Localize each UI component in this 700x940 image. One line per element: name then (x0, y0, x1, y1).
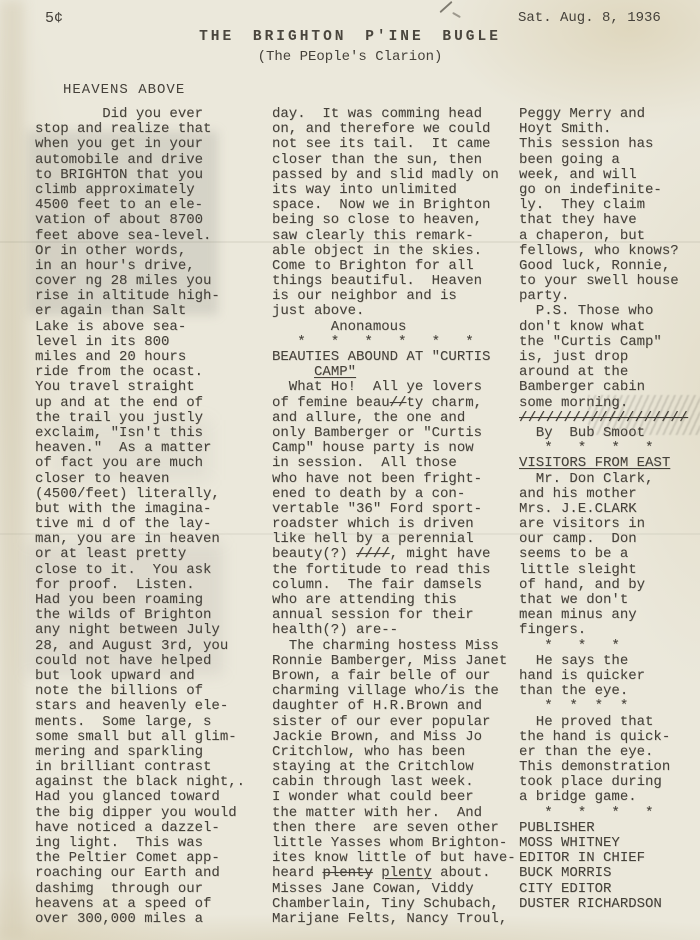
text-line: er than the eye. (519, 745, 688, 760)
text-line: Hoyt Smith. (519, 122, 688, 137)
masthead-subtitle: (The PEople's Clarion) (0, 49, 700, 65)
text-segment: plenty (381, 865, 431, 881)
text-segment: heard (272, 865, 322, 881)
text-line: Camp" house party is now (272, 441, 516, 456)
text-line: then there are seven other (272, 821, 516, 836)
text-line: He says the (519, 654, 688, 669)
text-line: mean minus any (519, 608, 688, 623)
text-line: Had you glanced toward (35, 790, 245, 805)
text-segment: // (390, 395, 407, 411)
text-line: What Ho! All ye lovers (272, 380, 516, 395)
text-line: in an hour's drive, (35, 259, 245, 274)
text-segment: //// (356, 546, 390, 562)
text-line: cabin through last week. (272, 775, 516, 790)
text-line: Marijane Felts, Nancy Troul, (272, 912, 516, 927)
text-line: is, just drop (519, 350, 688, 365)
text-line: column. The fair damsels (272, 578, 516, 593)
text-line: ened to death by a con- (272, 487, 516, 502)
text-line: ing light. This was (35, 836, 245, 851)
text-line: things beautiful. Heaven (272, 274, 516, 289)
text-line: have noticed a dazzel- (35, 821, 245, 836)
text-line: stop and realize that (35, 122, 245, 137)
text-line: CITY EDITOR (519, 882, 688, 897)
text-line: automobile and drive (35, 153, 245, 168)
text-line: the "Curtis Camp" (519, 335, 688, 350)
text-line: Or in other words, (35, 244, 245, 259)
text-line: don't know what (519, 320, 688, 335)
text-line: or at least pretty (35, 547, 245, 562)
text-line: Brown, a fair belle of our (272, 669, 516, 684)
text-line: daughter of H.R.Brown and (272, 699, 516, 714)
text-line: ites know little of but have- (272, 851, 516, 866)
text-line: Misses Jane Cowan, Viddy (272, 882, 516, 897)
text-line: PUBLISHER (519, 821, 688, 836)
text-line: BUCK MORRIS (519, 866, 688, 881)
text-line: roadster which is driven (272, 517, 516, 532)
text-segment (272, 364, 314, 380)
text-line: heaven." As a matter (35, 441, 245, 456)
text-line: rise in altitude high- (35, 289, 245, 304)
text-segment: CAMP" (314, 364, 356, 380)
text-segment: of femine beau (272, 395, 390, 411)
text-line: party. (519, 289, 688, 304)
text-line: the trail you justly (35, 411, 245, 426)
price-label: 5¢ (45, 10, 63, 27)
article-heading-heavens-above: HEAVENS ABOVE (63, 82, 185, 98)
text-line: of fact you are much (35, 456, 245, 471)
text-line: MOSS WHITNEY (519, 836, 688, 851)
text-line: over 300,000 miles a (35, 912, 245, 927)
text-line: who are attending this (272, 593, 516, 608)
text-line: You travel straight (35, 380, 245, 395)
text-line: a chaperon, but (519, 229, 688, 244)
text-line: annual session for their (272, 608, 516, 623)
text-line: man, you are in heaven (35, 532, 245, 547)
text-line: feet above sea-level. (35, 229, 245, 244)
text-line: ly. They claim (519, 198, 688, 213)
text-line: could not have helped (35, 654, 245, 669)
text-line: and his mother (519, 487, 688, 502)
text-line: sister of our ever popular (272, 715, 516, 730)
text-line: Peggy Merry and (519, 107, 688, 122)
text-line: /////////////////// (519, 411, 688, 426)
text-line: against the black night,. (35, 775, 245, 790)
text-line: * * * * (519, 806, 688, 821)
text-line: saw clearly this remark- (272, 229, 516, 244)
text-line: VISITORS FROM EAST (519, 456, 688, 471)
text-line: BEAUTIES ABOUND AT "CURTIS (272, 350, 516, 365)
text-line: of femine beau//ty charm, (272, 396, 516, 411)
text-line: closer to heaven (35, 472, 245, 487)
text-line: but with the imagina- (35, 502, 245, 517)
text-line: cover ng 28 miles you (35, 274, 245, 289)
text-line: Jackie Brown, and Miss Jo (272, 730, 516, 745)
text-line: miles and 20 hours (35, 350, 245, 365)
text-line: fellows, who knows? (519, 244, 688, 259)
text-line: closer than the sun, then (272, 153, 516, 168)
newspaper-page: 5¢ Sat. Aug. 8, 1936 THE BRIGHTON P'INE … (0, 0, 700, 940)
text-line: dashimg through our (35, 882, 245, 897)
text-line: that they have (519, 213, 688, 228)
text-line: up and at the end of (35, 396, 245, 411)
text-line: heavens at a speed of (35, 897, 245, 912)
text-line: Critchlow, who has been (272, 745, 516, 760)
text-line: note the billions of (35, 684, 245, 699)
text-line: passed by and slid madly on (272, 168, 516, 183)
text-line: the big dipper you would (35, 806, 245, 821)
text-line: around at the (519, 365, 688, 380)
text-line: mering and sparkling (35, 745, 245, 760)
text-line: The charming hostess Miss (272, 639, 516, 654)
text-line: took place during (519, 775, 688, 790)
text-line: in session. All those (272, 456, 516, 471)
text-line: able object in the skies. (272, 244, 516, 259)
text-line: heard plenty plenty about. (272, 866, 516, 881)
text-line: the hand is quick- (519, 730, 688, 745)
text-line: seems to be a (519, 547, 688, 562)
text-line: been going a (519, 153, 688, 168)
text-line: Come to Brighton for all (272, 259, 516, 274)
text-line: Mr. Don Clark, (519, 472, 688, 487)
text-line: the Peltier Comet app- (35, 851, 245, 866)
text-line: than the eye. (519, 684, 688, 699)
text-line: ments. Some large, s (35, 715, 245, 730)
text-line: being so close to heaven, (272, 213, 516, 228)
text-line: the matter with her. And (272, 806, 516, 821)
text-line: P.S. Those who (519, 304, 688, 319)
text-line: only Bamberger or "Curtis (272, 426, 516, 441)
text-line: Chamberlain, Tiny Schubach, (272, 897, 516, 912)
text-line: week, and will (519, 168, 688, 183)
text-line: day. It was comming head (272, 107, 516, 122)
text-line: Had you been roaming (35, 593, 245, 608)
text-line: * * * * * * (272, 335, 516, 350)
column-left: Did you everstop and realize thatwhen yo… (35, 107, 245, 927)
text-line: roaching our Earth and (35, 866, 245, 881)
text-line: Ronnie Bamberger, Miss Janet (272, 654, 516, 669)
text-segment: beauty(?) (272, 546, 356, 562)
text-line: er again than Salt (35, 304, 245, 319)
text-line: is our neighbor and is (272, 289, 516, 304)
text-line: and allure, the one and (272, 411, 516, 426)
text-line: exclaim, "Isn't this (35, 426, 245, 441)
column-right: Peggy Merry andHoyt Smith.This session h… (519, 107, 688, 912)
text-line: of hand, and by (519, 578, 688, 593)
text-line: close to it. You ask (35, 563, 245, 578)
text-line: its way into unlimited (272, 183, 516, 198)
text-line: when you get in your (35, 137, 245, 152)
text-segment: ty charm, (406, 395, 482, 411)
paper-edge-shading (0, 0, 24, 940)
column-middle: day. It was comming headon, and therefor… (272, 107, 516, 927)
text-line: charming village who/is the (272, 684, 516, 699)
text-line: Bamberger cabin (519, 380, 688, 395)
text-line: in brilliant contrast (35, 760, 245, 775)
text-line: staying at the Critchlow (272, 760, 516, 775)
text-line: some small but all glim- (35, 730, 245, 745)
text-line: tive mi d of the lay- (35, 517, 245, 532)
masthead-title: THE BRIGHTON P'INE BUGLE (0, 29, 700, 45)
text-line: not see its tail. It came (272, 137, 516, 152)
text-line: This demonstration (519, 760, 688, 775)
text-line: CAMP" (272, 365, 516, 380)
text-line: climb approximately (35, 183, 245, 198)
text-line: on, and therefore we could (272, 122, 516, 137)
text-line: * * * * (519, 699, 688, 714)
text-line: Good luck, Ronnie, (519, 259, 688, 274)
pen-mark (452, 12, 461, 18)
text-line: to your swell house (519, 274, 688, 289)
text-line: Lake is above sea- (35, 320, 245, 335)
text-line: DUSTER RICHARDSON (519, 897, 688, 912)
text-line: that we don't (519, 593, 688, 608)
text-line: the fortitude to read this (272, 563, 516, 578)
text-line: 28, and August 3rd, you (35, 639, 245, 654)
text-line: the wilds of Brighton (35, 608, 245, 623)
text-line: ride from the ocast. (35, 365, 245, 380)
text-line: but look upward and (35, 669, 245, 684)
text-line: Did you ever (35, 107, 245, 122)
date-label: Sat. Aug. 8, 1936 (518, 10, 661, 26)
text-segment: , might have (390, 546, 491, 562)
text-line: go on indefinite- (519, 183, 688, 198)
text-segment (373, 865, 381, 881)
text-line: who have not been fright- (272, 472, 516, 487)
text-line: little sleight (519, 563, 688, 578)
text-line: some morning. (519, 396, 688, 411)
text-line: any night between July (35, 623, 245, 638)
text-line: to BRIGHTON that you (35, 168, 245, 183)
text-line: He proved that (519, 715, 688, 730)
text-line: Mrs. J.E.CLARK (519, 502, 688, 517)
text-line: 4500 feet to an ele- (35, 198, 245, 213)
text-line: like hell by a perennial (272, 532, 516, 547)
text-line: little Yasses whom Brighton- (272, 836, 516, 851)
text-line: a bridge game. (519, 790, 688, 805)
text-line: * * * (519, 639, 688, 654)
text-line: (4500/feet) literally, (35, 487, 245, 502)
text-line: beauty(?) ////, might have (272, 547, 516, 562)
text-line: level in its 800 (35, 335, 245, 350)
text-line: hand is quicker (519, 669, 688, 684)
text-line: vertable "36" Ford sport- (272, 502, 516, 517)
text-line: space. Now we in Brighton (272, 198, 516, 213)
text-line: This session has (519, 137, 688, 152)
text-line: * * * * (519, 441, 688, 456)
text-line: vation of about 8700 (35, 213, 245, 228)
text-line: I wonder what could beer (272, 790, 516, 805)
text-line: fingers. (519, 623, 688, 638)
text-line: our camp. Don (519, 532, 688, 547)
text-line: By Bub Smoot (519, 426, 688, 441)
text-line: stars and heavenly ele- (35, 699, 245, 714)
text-line: just above. (272, 304, 516, 319)
text-line: are visitors in (519, 517, 688, 532)
text-segment: about. (432, 865, 491, 881)
text-segment: plenty (322, 865, 372, 881)
text-line: EDITOR IN CHIEF (519, 851, 688, 866)
text-line: for proof. Listen. (35, 578, 245, 593)
text-line: health(?) are-- (272, 623, 516, 638)
text-line: Anonamous (272, 320, 516, 335)
pen-mark (439, 1, 452, 13)
